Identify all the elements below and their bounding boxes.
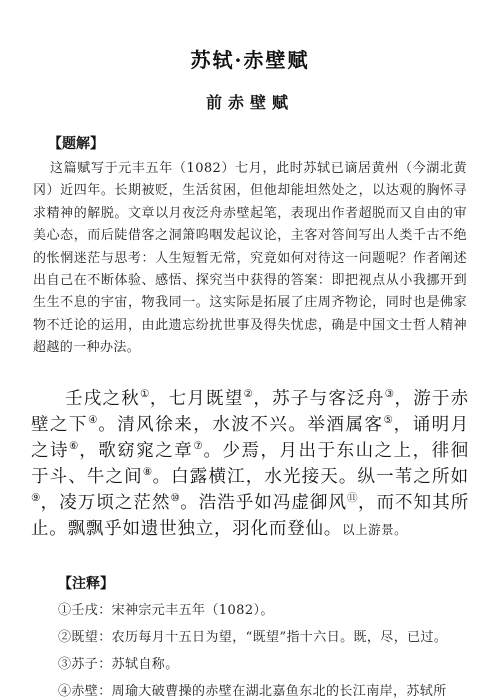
note-item: ③苏子：苏轼自称。: [58, 656, 467, 674]
note-reference-marker: ⑧: [143, 466, 153, 478]
note-reference-marker: ②: [244, 388, 254, 400]
note-item: ②既望：农历每月十五日为望，“既望”指十六日。既，尽，已过。: [58, 629, 467, 647]
note-item: ①壬戌：宋神宗元丰五年（1082）。: [58, 602, 467, 620]
zhushi-section-heading: 【注释】: [58, 573, 500, 593]
note-reference-marker: ⑤: [384, 414, 394, 426]
note-item: ④赤壁：周瑜大破曹操的赤壁在湖北嘉鱼东北的长江南岸，苏轼所: [58, 683, 467, 700]
book-page: 苏轼·赤壁赋 前赤壁赋 【题解】 这篇赋写于元丰五年（1082）七月，此时苏轼已…: [0, 0, 500, 700]
note-reference-marker: ⑨: [31, 492, 41, 504]
note-reference-marker: ⑩: [171, 492, 181, 504]
note-reference-marker: ①: [140, 388, 150, 400]
note-reference-marker: ⑥: [69, 440, 79, 452]
chapter-subtitle: 前赤壁赋: [0, 90, 500, 113]
note-reference-marker: ④: [88, 414, 98, 426]
tijie-section-heading: 【题解】: [48, 133, 500, 153]
main-text-paragraph: 壬戌之秋①，七月既望②，苏子与客泛舟③，游于赤壁之下④。清风徐来，水波不兴。举酒…: [31, 386, 469, 543]
note-reference-marker: ⑪: [347, 492, 358, 504]
note-reference-marker: ③: [385, 388, 395, 400]
note-reference-marker: ⑦: [193, 440, 203, 452]
page-title: 苏轼·赤壁赋: [0, 0, 500, 73]
tijie-paragraph: 这篇赋写于元丰五年（1082）七月，此时苏轼已谪居黄州（今湖北黄冈）近四年。长期…: [33, 158, 467, 360]
inline-editor-note: 以上游景。: [342, 522, 407, 537]
